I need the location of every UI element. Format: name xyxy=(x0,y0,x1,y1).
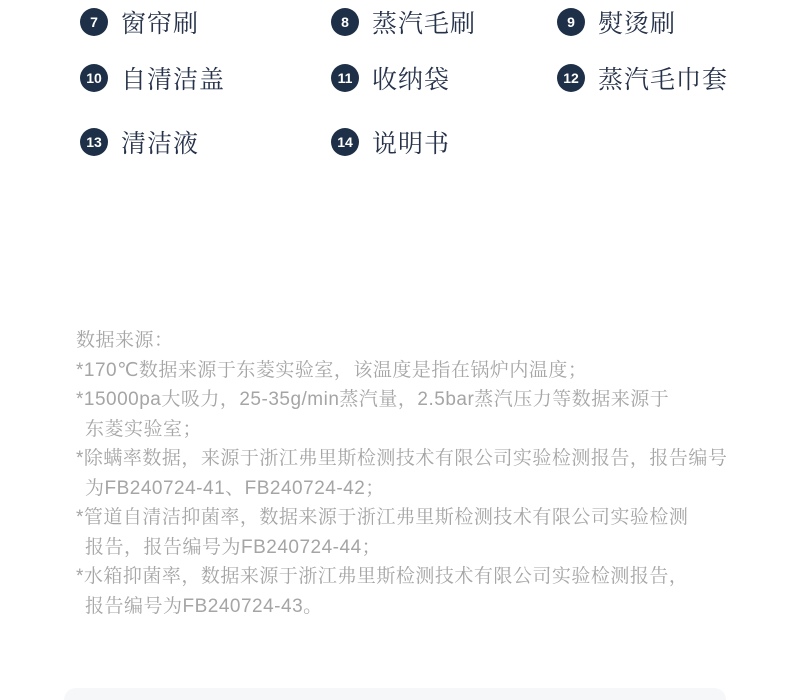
data-source-notes: 数据来源： *170℃数据来源于东菱实验室，该温度是指在锅炉内温度； *1500… xyxy=(76,326,735,621)
accessory-item-13: 13 清洁液 xyxy=(80,124,331,160)
accessories-row-3: 13 清洁液 14 说明书 xyxy=(0,124,790,160)
number-badge: 9 xyxy=(557,8,585,36)
next-section-card-edge xyxy=(64,688,726,700)
number-badge: 14 xyxy=(331,128,359,156)
notes-heading: 数据来源： xyxy=(76,326,735,356)
accessories-list: 7 窗帘刷 8 蒸汽毛刷 9 熨烫刷 10 自清洁盖 11 收纳袋 12 xyxy=(0,0,790,170)
number-badge: 12 xyxy=(557,64,585,92)
accessory-label: 蒸汽毛巾套 xyxy=(598,60,728,96)
note-line-temperature: *170℃数据来源于东菱实验室，该温度是指在锅炉内温度； xyxy=(76,356,735,386)
accessory-item-12: 12 蒸汽毛巾套 xyxy=(557,60,728,96)
accessory-item-8: 8 蒸汽毛刷 xyxy=(331,4,557,40)
note-line-mite-removal-cont: 为FB240724-41、FB240724-42； xyxy=(76,474,735,504)
accessory-item-10: 10 自清洁盖 xyxy=(80,60,331,96)
note-line-suction: *15000pa大吸力，25-35g/min蒸汽量，2.5bar蒸汽压力等数据来… xyxy=(76,385,735,415)
accessory-label: 自清洁盖 xyxy=(121,60,225,96)
accessory-label: 清洁液 xyxy=(121,124,199,160)
accessory-label: 说明书 xyxy=(372,124,450,160)
accessory-item-7: 7 窗帘刷 xyxy=(80,4,331,40)
accessory-label: 窗帘刷 xyxy=(121,4,199,40)
accessory-item-14: 14 说明书 xyxy=(331,124,557,160)
accessory-item-9: 9 熨烫刷 xyxy=(557,4,676,40)
number-badge: 10 xyxy=(80,64,108,92)
accessories-row-1: 7 窗帘刷 8 蒸汽毛刷 9 熨烫刷 xyxy=(0,4,790,40)
accessories-row-2: 10 自清洁盖 11 收纳袋 12 蒸汽毛巾套 xyxy=(0,60,790,96)
note-line-water-tank-cont: 报告编号为FB240724-43。 xyxy=(76,592,735,622)
number-badge: 13 xyxy=(80,128,108,156)
accessory-item-11: 11 收纳袋 xyxy=(331,60,557,96)
product-detail-page: 7 窗帘刷 8 蒸汽毛刷 9 熨烫刷 10 自清洁盖 11 收纳袋 12 xyxy=(0,0,790,700)
note-line-mite-removal: *除螨率数据，来源于浙江弗里斯检测技术有限公司实验检测报告，报告编号 xyxy=(76,444,735,474)
note-line-pipe-cleaning: *管道自清洁抑菌率，数据来源于浙江弗里斯检测技术有限公司实验检测 xyxy=(76,503,735,533)
note-line-pipe-cleaning-cont: 报告，报告编号为FB240724-44； xyxy=(76,533,735,563)
note-line-suction-cont: 东菱实验室； xyxy=(76,415,735,445)
note-line-water-tank: *水箱抑菌率，数据来源于浙江弗里斯检测技术有限公司实验检测报告， xyxy=(76,562,735,592)
accessory-label: 蒸汽毛刷 xyxy=(372,4,476,40)
number-badge: 7 xyxy=(80,8,108,36)
number-badge: 8 xyxy=(331,8,359,36)
accessory-label: 收纳袋 xyxy=(372,60,450,96)
number-badge: 11 xyxy=(331,64,359,92)
accessory-label: 熨烫刷 xyxy=(598,4,676,40)
